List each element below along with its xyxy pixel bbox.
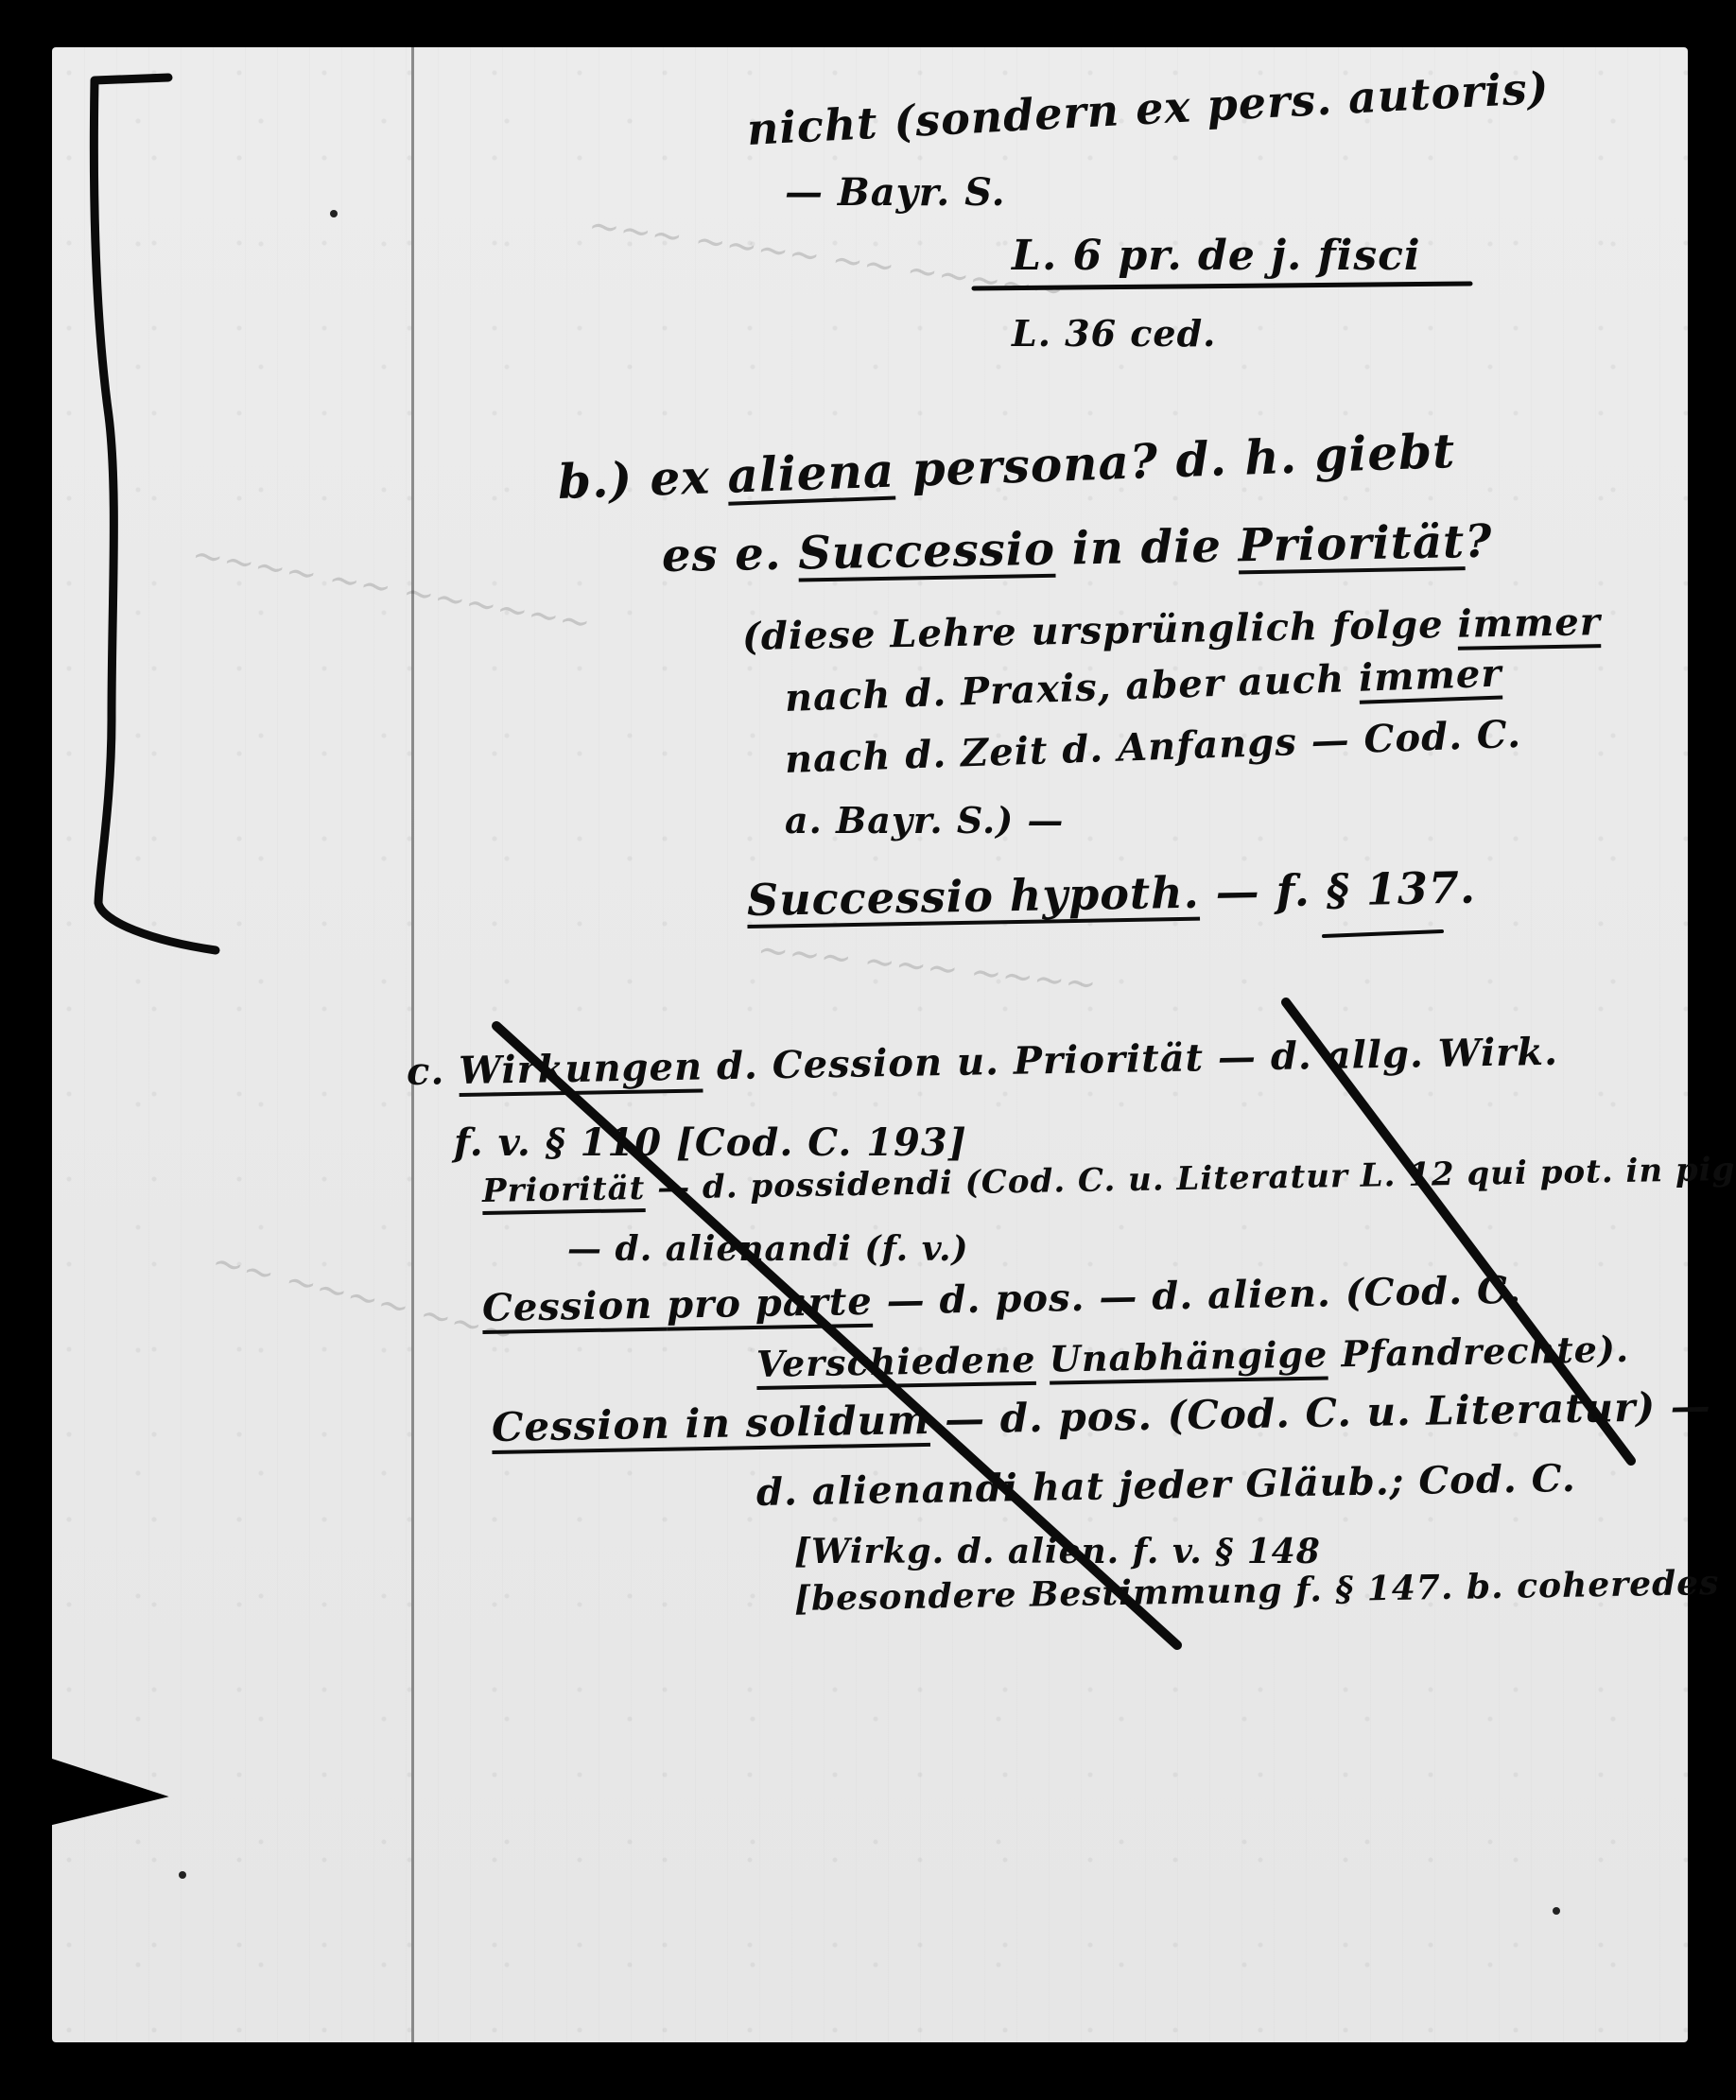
ink-strokes [0,0,1736,2100]
cross-out-stroke [496,1026,1177,1645]
cross-out-stroke [1286,1002,1631,1461]
divider-rule [974,284,1470,288]
underline [1324,931,1442,936]
left-bracket [94,78,216,950]
ink-spot [179,1871,186,1879]
ink-spot [1553,1907,1560,1915]
ink-spot [330,210,338,217]
